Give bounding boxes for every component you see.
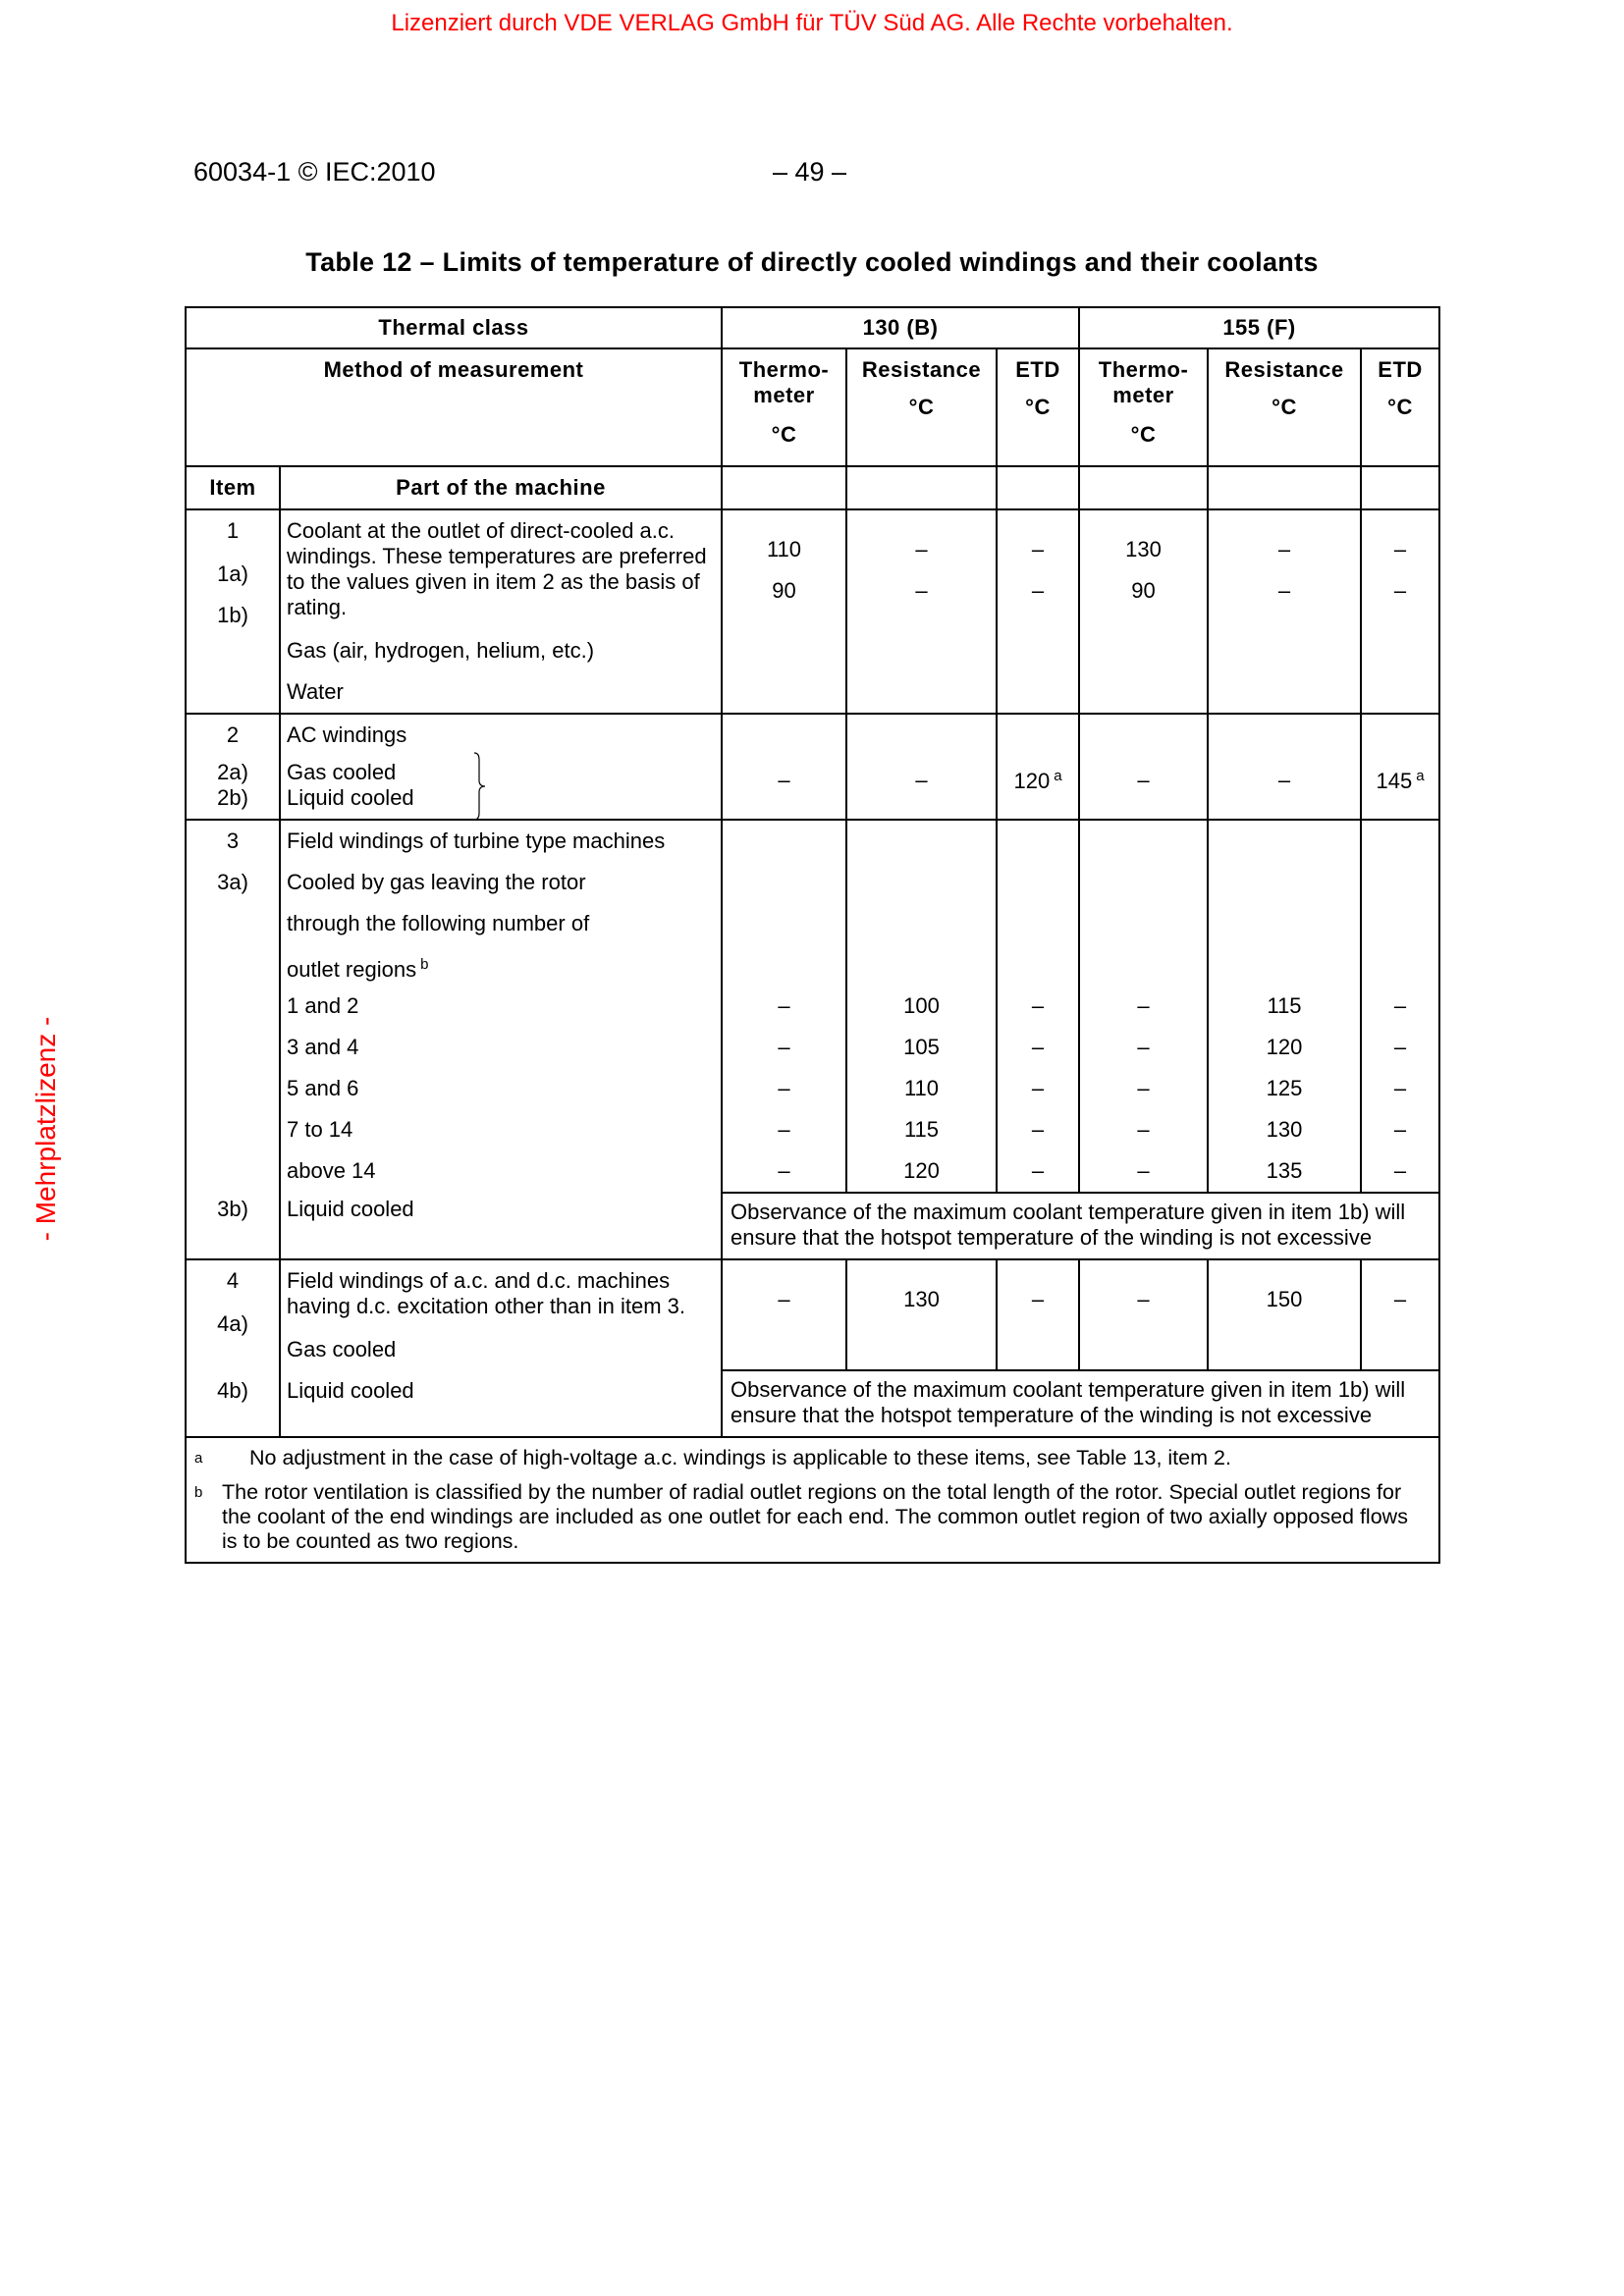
footnote-text: The rotor ventilation is classified by t… <box>222 1480 1419 1554</box>
temperature-value <box>1362 862 1438 903</box>
part-description: Gas cooled <box>287 760 717 785</box>
item-number: 1 <box>187 510 279 554</box>
col-b-etd: ETD °C <box>997 348 1079 466</box>
group-row: 44a)Field windings of a.c. and d.c. mach… <box>186 1259 1439 1370</box>
item-number: 4b) <box>187 1370 279 1404</box>
footnote-ref: a <box>1054 768 1061 784</box>
item-number <box>187 1068 279 1109</box>
item-cell: 3b) <box>186 1193 280 1259</box>
part-description: outlet regionsb <box>287 944 717 986</box>
part-description: Coolant at the outlet of direct-cooled a… <box>287 510 717 630</box>
temperature-value <box>1209 903 1360 944</box>
temperature-value: 130 <box>1080 529 1207 570</box>
coolant-note: Observance of the maximum coolant temper… <box>722 1193 1439 1259</box>
footnote-b: b The rotor ventilation is classified by… <box>194 1480 1419 1554</box>
multi-license-watermark: - Mehrplatzlizenz - <box>30 1017 62 1242</box>
item-cell: 22a)2b) <box>186 714 280 820</box>
item-number <box>187 1027 279 1068</box>
value-cell: ––––– <box>1079 820 1208 1193</box>
temperature-value: – <box>1080 1279 1207 1320</box>
temperature-value: – <box>847 570 996 612</box>
part-cell: Liquid cooled <box>280 1193 722 1259</box>
temperature-value: 130 <box>1209 1109 1360 1150</box>
part-cell: Field windings of a.c. and d.c. machines… <box>280 1259 722 1370</box>
unit-label: °C <box>1209 395 1360 420</box>
note-row: 3b)Liquid cooledObservance of the maximu… <box>186 1193 1439 1259</box>
value-cell: 11090 <box>722 509 846 714</box>
header-text: Resistance <box>862 357 981 382</box>
item-number <box>187 1150 279 1192</box>
unit-label: °C <box>1080 422 1207 448</box>
value-cell: ––––– <box>1361 820 1439 1193</box>
part-description: 5 and 6 <box>287 1068 717 1109</box>
footnote-a: a No adjustment in the case of high-volt… <box>194 1446 1419 1470</box>
temperature-value <box>847 1260 996 1279</box>
col-f-thermometer: Thermo- meter °C <box>1079 348 1208 466</box>
part-description: through the following number of <box>287 903 717 944</box>
item-cell: 44a) <box>186 1259 280 1370</box>
value-cell: ––––– <box>722 820 846 1193</box>
temperature-value <box>723 944 845 986</box>
value-cell: – <box>722 1259 846 1370</box>
empty-header <box>997 466 1079 509</box>
item-cell: 33a) <box>186 820 280 1193</box>
temperature-value: 100 <box>847 986 996 1027</box>
temperature-value <box>1209 1260 1360 1279</box>
col-f-resistance: Resistance °C <box>1208 348 1361 466</box>
unit-label: °C <box>1362 395 1438 420</box>
empty-header <box>722 466 846 509</box>
temperature-value: – <box>915 768 927 792</box>
item-number: 3 <box>187 821 279 862</box>
part-description: Liquid cooled <box>287 785 717 811</box>
item-number <box>187 944 279 986</box>
unit-label: °C <box>723 422 845 448</box>
part-description: 3 and 4 <box>287 1027 717 1068</box>
temperature-value: 120 <box>847 1150 996 1192</box>
temperature-value <box>1080 510 1207 529</box>
temperature-value: – <box>1080 986 1207 1027</box>
note-row: 4b)Liquid cooledObservance of the maximu… <box>186 1370 1439 1437</box>
temperature-value <box>1080 821 1207 862</box>
empty-header <box>1361 466 1439 509</box>
item-number <box>187 986 279 1027</box>
temperature-value <box>1209 944 1360 986</box>
temperature-value: 90 <box>1080 570 1207 612</box>
temperature-value <box>998 1260 1078 1279</box>
temperature-value: 135 <box>1209 1150 1360 1192</box>
item-number: 3b) <box>187 1193 279 1222</box>
part-cell: Coolant at the outlet of direct-cooled a… <box>280 509 722 714</box>
temperature-value: – <box>778 768 789 792</box>
value-cell: –– <box>1361 509 1439 714</box>
table-body: 11a)1b)Coolant at the outlet of direct-c… <box>186 509 1439 1437</box>
table-title: Table 12 – Limits of temperature of dire… <box>0 247 1624 278</box>
group-row: 22a)2b)AC windingsGas cooledLiquid coole… <box>186 714 1439 820</box>
temperature-value: 115 <box>1209 986 1360 1027</box>
temperature-value: – <box>723 1150 845 1192</box>
temperature-value: – <box>1080 1027 1207 1068</box>
item-number <box>187 903 279 944</box>
temperature-value: – <box>723 1279 845 1320</box>
item-number: 4 <box>187 1260 279 1304</box>
temperature-value <box>1362 821 1438 862</box>
col-b-resistance: Resistance °C <box>846 348 997 466</box>
temperature-value <box>723 510 845 529</box>
part-description: Liquid cooled <box>287 1193 717 1222</box>
temperature-value <box>847 944 996 986</box>
temperature-value <box>847 510 996 529</box>
footnotes-body: a No adjustment in the case of high-volt… <box>186 1437 1439 1563</box>
temperature-value <box>723 862 845 903</box>
footnotes: a No adjustment in the case of high-volt… <box>186 1437 1439 1563</box>
item-number: 2b) <box>187 785 279 811</box>
temperature-value <box>1209 821 1360 862</box>
temperature-value <box>998 821 1078 862</box>
value-cell: 150 <box>1208 1259 1361 1370</box>
temperature-value: – <box>847 529 996 570</box>
temperature-value: 115 <box>847 1109 996 1150</box>
value-cell: – <box>846 714 997 820</box>
temperature-value <box>1080 862 1207 903</box>
thermal-class-header: Thermal class <box>186 307 722 348</box>
license-watermark: Lizenziert durch VDE VERLAG GmbH für TÜV… <box>0 10 1624 37</box>
temperature-value: – <box>1209 529 1360 570</box>
temperature-value: 105 <box>847 1027 996 1068</box>
item-number: 2 <box>187 715 279 756</box>
header-text: ETD <box>1378 357 1423 382</box>
value-cell: –– <box>997 509 1079 714</box>
header-text: Resistance <box>1224 357 1343 382</box>
class-b-header: 130 (B) <box>722 307 1079 348</box>
temperature-value: – <box>1362 570 1438 612</box>
value-cell: ––––– <box>997 820 1079 1193</box>
temperature-value <box>998 944 1078 986</box>
value-cell: 115120125130135 <box>1208 820 1361 1193</box>
temperature-value: 125 <box>1209 1068 1360 1109</box>
temperature-value: – <box>998 986 1078 1027</box>
temperature-value: – <box>1080 1109 1207 1150</box>
temperature-value <box>998 903 1078 944</box>
temperature-value: – <box>1137 768 1149 792</box>
method-header: Method of measurement <box>186 348 722 466</box>
part-description: above 14 <box>287 1150 717 1192</box>
temperature-value <box>1080 944 1207 986</box>
temperature-value <box>1362 944 1438 986</box>
temperature-value <box>1362 510 1438 529</box>
item-number: 1b) <box>187 595 279 636</box>
part-header: Part of the machine <box>280 466 722 509</box>
coolant-note: Observance of the maximum coolant temper… <box>722 1370 1439 1437</box>
temperature-value <box>1209 510 1360 529</box>
temperature-value <box>1080 903 1207 944</box>
temperature-value: – <box>1080 1068 1207 1109</box>
item-number: 4a) <box>187 1304 279 1345</box>
part-description: Liquid cooled <box>287 1370 717 1404</box>
part-description: 1 and 2 <box>287 986 717 1027</box>
temperature-value: 130 <box>847 1279 996 1320</box>
part-cell: AC windingsGas cooledLiquid cooled <box>280 714 722 820</box>
item-header: Item <box>186 466 280 509</box>
temperature-value: 120 <box>1013 769 1050 793</box>
temperature-value <box>847 862 996 903</box>
item-number: 2a) <box>187 760 279 785</box>
temperature-value: – <box>998 1150 1078 1192</box>
value-cell: – <box>1079 714 1208 820</box>
temperature-value: – <box>998 570 1078 612</box>
group-row: 11a)1b)Coolant at the outlet of direct-c… <box>186 509 1439 714</box>
footnote-text: No adjustment in the case of high-voltag… <box>230 1446 1419 1470</box>
standard-reference: 60034-1 © IEC:2010 <box>193 157 436 187</box>
temperature-limits-table: Thermal class 130 (B) 155 (F) Method of … <box>185 306 1440 1564</box>
page-number: – 49 – <box>773 157 846 187</box>
value-cell: 130 <box>846 1259 997 1370</box>
temperature-value: 110 <box>847 1068 996 1109</box>
part-description: AC windings <box>287 715 717 756</box>
footnote-ref: b <box>420 956 428 973</box>
empty-header <box>1079 466 1208 509</box>
temperature-value <box>847 821 996 862</box>
header-text: ETD <box>1015 357 1060 382</box>
right-brace-icon <box>473 752 487 821</box>
temperature-value: 110 <box>723 529 845 570</box>
temperature-value: – <box>1080 1150 1207 1192</box>
value-cell: – <box>1361 1259 1439 1370</box>
group-row: 33a)Field windings of turbine type machi… <box>186 820 1439 1193</box>
unit-label: °C <box>847 395 996 420</box>
temperature-value <box>998 862 1078 903</box>
temperature-value <box>1209 862 1360 903</box>
temperature-value <box>723 903 845 944</box>
value-cell: – <box>722 714 846 820</box>
part-description: Cooled by gas leaving the rotor <box>287 862 717 903</box>
temperature-value: – <box>1362 529 1438 570</box>
temperature-value: – <box>1362 1027 1438 1068</box>
empty-header <box>846 466 997 509</box>
part-description: 7 to 14 <box>287 1109 717 1150</box>
temperature-value <box>723 821 845 862</box>
item-number: 3a) <box>187 862 279 903</box>
header-text: Thermo- <box>739 357 830 382</box>
value-cell: –– <box>846 509 997 714</box>
col-b-thermometer: Thermo- meter °C <box>722 348 846 466</box>
empty-header <box>1208 466 1361 509</box>
part-cell: Field windings of turbine type machinesC… <box>280 820 722 1193</box>
temperature-value: – <box>998 1068 1078 1109</box>
temperature-value: – <box>1362 1150 1438 1192</box>
part-description: Gas (air, hydrogen, helium, etc.) <box>287 630 717 671</box>
class-f-header: 155 (F) <box>1079 307 1439 348</box>
temperature-value: – <box>1209 570 1360 612</box>
temperature-value: 145 <box>1376 769 1412 793</box>
value-cell: 120a <box>997 714 1079 820</box>
temperature-value <box>847 903 996 944</box>
value-cell: 145a <box>1361 714 1439 820</box>
temperature-value: 120 <box>1209 1027 1360 1068</box>
temperature-value: – <box>998 1279 1078 1320</box>
value-cell: – <box>997 1259 1079 1370</box>
value-cell: –– <box>1208 509 1361 714</box>
item-number <box>187 1109 279 1150</box>
value-cell: – <box>1079 1259 1208 1370</box>
footnote-ref: a <box>1416 768 1424 784</box>
item-number: 1a) <box>187 554 279 595</box>
footnote-mark: b <box>194 1480 222 1554</box>
header-text: meter <box>753 383 814 407</box>
temperature-value <box>1362 903 1438 944</box>
temperature-value: – <box>723 1068 845 1109</box>
unit-label: °C <box>998 395 1078 420</box>
temperature-value: – <box>723 1109 845 1150</box>
temperature-value: – <box>723 1027 845 1068</box>
footnote-mark: a <box>194 1446 230 1470</box>
value-cell: 13090 <box>1079 509 1208 714</box>
temperature-value: – <box>1362 986 1438 1027</box>
temperature-value <box>1362 1260 1438 1279</box>
temperature-value: – <box>1362 1279 1438 1320</box>
part-description: Gas cooled <box>287 1329 717 1370</box>
temperature-value: – <box>998 1027 1078 1068</box>
part-description: Field windings of a.c. and d.c. machines… <box>287 1260 717 1329</box>
temperature-value: – <box>998 529 1078 570</box>
col-f-etd: ETD °C <box>1361 348 1439 466</box>
value-cell: – <box>1208 714 1361 820</box>
temperature-value <box>1080 1260 1207 1279</box>
temperature-value: – <box>1362 1109 1438 1150</box>
temperature-value: – <box>723 986 845 1027</box>
value-cell: 100105110115120 <box>846 820 997 1193</box>
temperature-value <box>723 1260 845 1279</box>
temperature-value <box>998 510 1078 529</box>
temperature-value: – <box>998 1109 1078 1150</box>
temperature-value: 150 <box>1209 1279 1360 1320</box>
temperature-value: 90 <box>723 570 845 612</box>
part-description: Water <box>287 671 717 713</box>
item-cell: 4b) <box>186 1370 280 1437</box>
item-cell: 11a)1b) <box>186 509 280 714</box>
header-text: Thermo- <box>1099 357 1189 382</box>
part-cell: Liquid cooled <box>280 1370 722 1437</box>
part-description: Field windings of turbine type machines <box>287 821 717 862</box>
temperature-value: – <box>1362 1068 1438 1109</box>
header-text: meter <box>1112 383 1173 407</box>
temperature-value: – <box>1278 768 1290 792</box>
